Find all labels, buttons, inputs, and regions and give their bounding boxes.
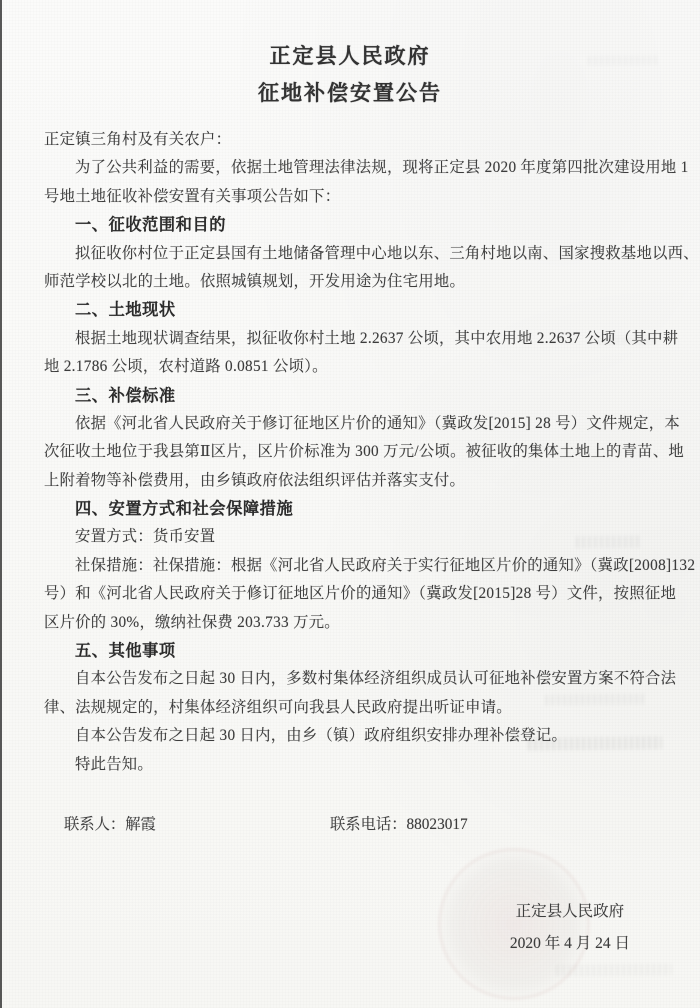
doc-line: 师范学校以北的土地。依照城镇规划，开发用途为住宅用地。	[44, 268, 700, 296]
contact-phone: 联系电话：88023017	[330, 812, 468, 834]
doc-line: 号地土地征收补偿安置有关事项公告如下：	[44, 183, 700, 211]
document-body: 正定镇三角村及有关农户： 为了公共利益的需要，依据土地管理法律法规，现将正定县 …	[44, 126, 700, 779]
doc-line: 地 2.1786 公顷，农村道路 0.0851 公顷）。	[44, 353, 700, 381]
doc-line: 号）和《河北省人民政府关于修订征地区片价的通知》（冀政发[2015]28 号）文…	[44, 580, 700, 608]
salutation: 正定镇三角村及有关农户：	[44, 126, 700, 154]
doc-line: 依据《河北省人民政府关于修订征地区片价的通知》（冀政发[2015] 28 号）文…	[44, 410, 700, 438]
section-heading-3: 三、补偿标准	[44, 382, 700, 410]
doc-line: 次征收土地位于我县第Ⅱ区片，区片价标准为 300 万元/公顷。被征收的集体土地上…	[44, 438, 700, 466]
scan-artifact	[556, 963, 672, 976]
scan-edge-strip	[0, 0, 2, 1008]
section-heading-4: 四、安置方式和社会保障措施	[44, 495, 700, 523]
signature-org: 正定县人民政府	[510, 896, 630, 928]
signature-date: 2020 年 4 月 24 日	[510, 928, 630, 960]
title-subject-line: 征地补偿安置公告	[0, 75, 700, 112]
scan-artifact	[598, 336, 658, 346]
doc-line: 区片价的 30%，缴纳社保费 203.733 万元。	[44, 609, 700, 637]
scanned-announcement-page: 正定县人民政府 征地补偿安置公告 正定镇三角村及有关农户： 为了公共利益的需要，…	[0, 0, 700, 1008]
scan-artifact	[528, 736, 662, 750]
scan-artifact	[545, 693, 645, 705]
section-heading-5: 五、其他事项	[44, 637, 700, 665]
section-heading-2: 二、土地现状	[44, 296, 700, 324]
doc-line: 拟征收你村位于正定县国有土地储备管理中心地以东、三角村地以南、国家搜救基地以西、	[44, 240, 700, 268]
doc-line: 上附着物等补偿费用，由乡镇政府依法组织评估并落实支付。	[44, 467, 700, 495]
closing-notice: 特此告知。	[44, 751, 700, 779]
doc-line: 自本公告发布之日起 30 日内，多数村集体经济组织成员认可征地补偿安置方案不符合…	[44, 665, 700, 693]
doc-line: 为了公共利益的需要，依据土地管理法律法规，现将正定县 2020 年度第四批次建设…	[44, 154, 700, 182]
section-heading-1: 一、征收范围和目的	[44, 211, 700, 239]
contact-person: 联系人：解霞	[64, 812, 156, 834]
doc-line: 社保措施：社保措施：根据《河北省人民政府关于实行征地区片价的通知》（冀政[200…	[44, 552, 700, 580]
scan-artifact	[576, 536, 642, 549]
scan-artifact	[588, 56, 658, 66]
signature-block: 正定县人民政府 2020 年 4 月 24 日	[510, 896, 630, 960]
